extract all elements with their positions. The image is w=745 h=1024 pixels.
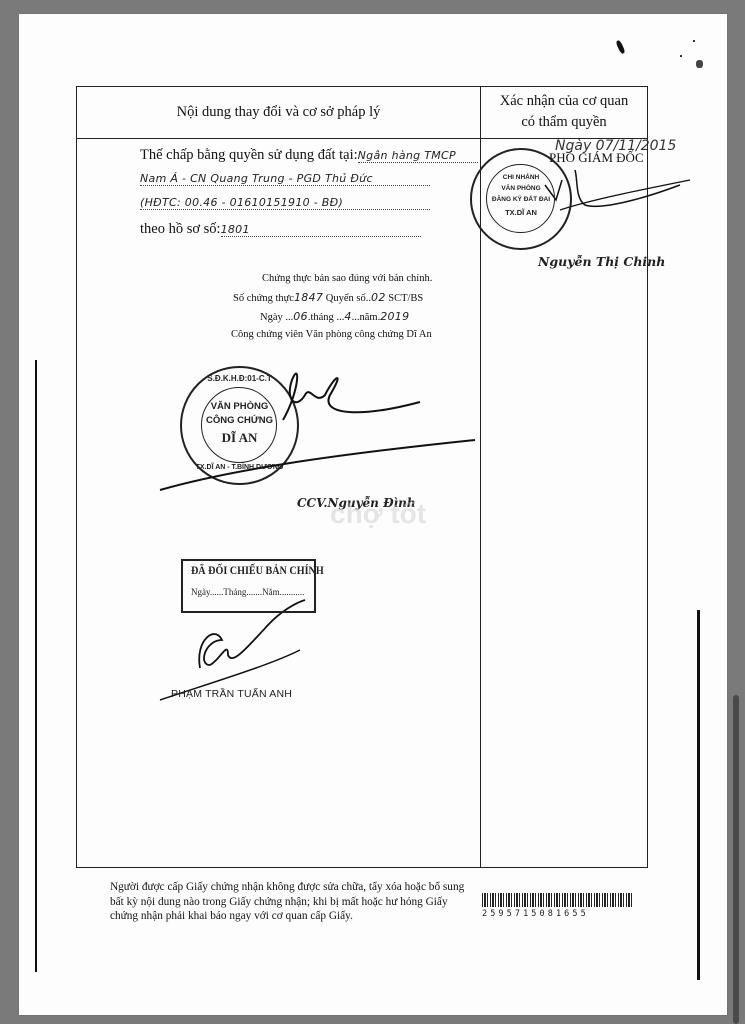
- barcode-number: 2595715081655: [482, 909, 634, 919]
- verified-stamp-date: Ngày......Tháng.......Năm...........: [191, 587, 304, 597]
- land-registry-line2: VĂN PHÒNG: [472, 185, 570, 192]
- barcode: [482, 893, 632, 907]
- authority-signer-name: Nguyễn Thị Chinh: [538, 254, 665, 269]
- verifier-name: PHẠM TRẦN TUẤN ANH: [171, 688, 292, 700]
- land-registry-line4: TX.DĨ AN: [472, 208, 570, 217]
- footer-warning-note: Người được cấp Giấy chứng nhận không đượ…: [110, 880, 470, 924]
- verified-stamp-title: ĐÃ ĐỐI CHIẾU BẢN CHÍNH: [191, 565, 324, 577]
- verified-original-stamp: ĐÃ ĐỐI CHIẾU BẢN CHÍNH Ngày......Tháng..…: [181, 559, 316, 613]
- watermark: chợ tốt: [330, 498, 426, 530]
- land-registry-line3: ĐĂNG KÝ ĐẤT ĐAI: [472, 196, 570, 203]
- land-registry-stamp: CHI NHÁNH VĂN PHÒNG ĐĂNG KÝ ĐẤT ĐAI TX.D…: [470, 148, 572, 250]
- land-registry-line1: CHI NHÁNH: [472, 174, 570, 181]
- deputy-director-title: PHÓ GIÁM ĐỐC: [549, 150, 644, 166]
